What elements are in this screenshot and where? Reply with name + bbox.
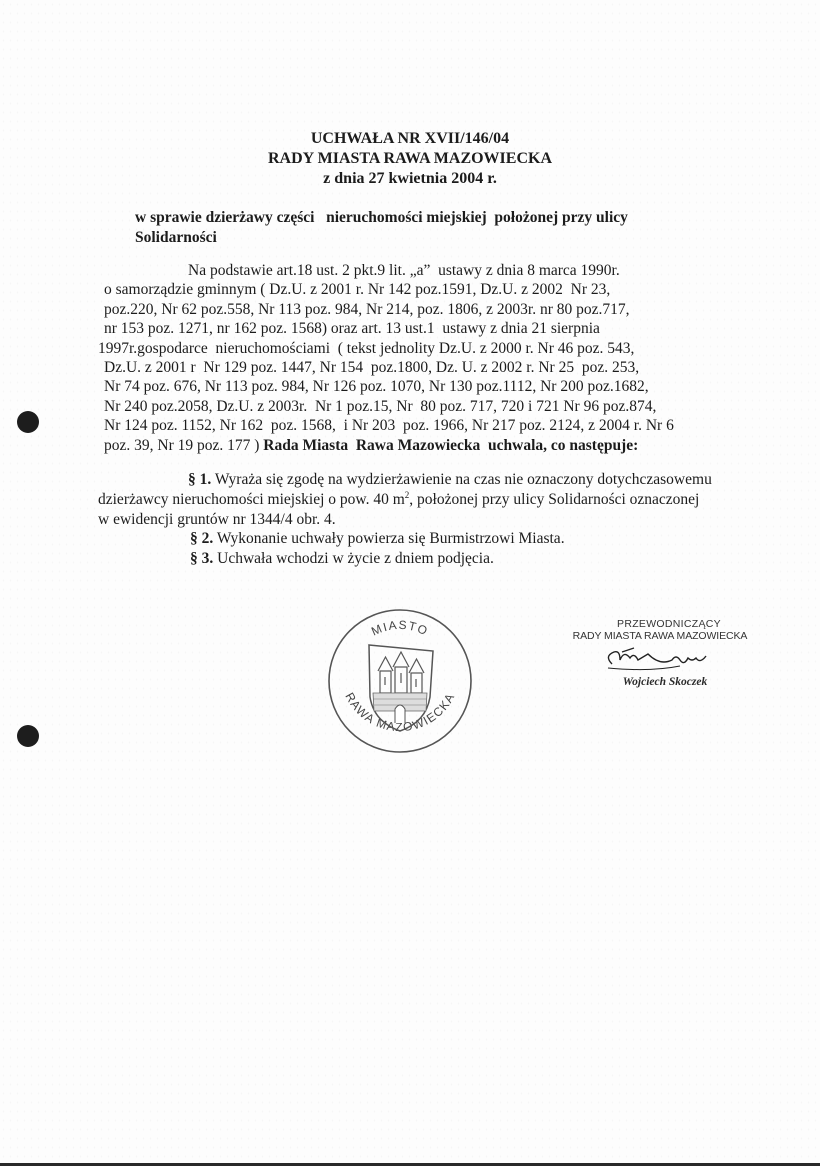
enacting-clause: Rada Miasta Rawa Mazowiecka uchwala, co …	[263, 437, 638, 454]
paragraph-2: § 2. Wykonanie uchwały powierza się Burm…	[98, 529, 798, 549]
punch-hole-lower	[17, 725, 39, 747]
preamble-line: Nr 74 poz. 676, Nr 113 poz. 984, Nr 126 …	[98, 377, 778, 396]
council-title: RADY MIASTA RAWA MAZOWIECKA	[560, 630, 760, 642]
subject-line-1: w sprawie dzierżawy części nieruchomości…	[135, 208, 695, 228]
signature-icon	[560, 642, 760, 676]
paragraph-mark: § 2.	[190, 530, 213, 547]
paragraph-3: § 3. Uchwała wchodzi w życie z dniem pod…	[98, 549, 798, 569]
council-name: RADY MIASTA RAWA MAZOWIECKA	[240, 149, 580, 169]
preamble-line: Dz.U. z 2001 r Nr 129 poz. 1447, Nr 154 …	[98, 358, 778, 377]
paragraph-text: Wykonanie uchwały powierza się Burmistrz…	[213, 530, 564, 547]
paragraph-1-line-1: § 1. Wyraża się zgodę na wydzierżawienie…	[98, 470, 798, 490]
preamble-line: 1997r.gospodarce nieruchomościami ( teks…	[98, 339, 778, 358]
punch-hole-upper	[17, 411, 39, 433]
signature-block: PRZEWODNICZĄCY RADY MIASTA RAWA MAZOWIEC…	[560, 618, 760, 688]
paragraph-mark: § 3.	[190, 550, 213, 567]
preamble-line: nr 153 poz. 1271, nr 162 poz. 1568) oraz…	[98, 319, 778, 338]
paragraph-mark: § 1.	[188, 471, 211, 488]
preamble-line: Nr 240 poz.2058, Dz.U. z 2003r. Nr 1 poz…	[98, 397, 778, 416]
handwritten-signature	[560, 642, 760, 676]
seal-icon: MIASTO RAWA MAZOWIECKA	[326, 607, 474, 755]
paragraph-text: , położonej przy ulicy Solidarności ozna…	[409, 491, 699, 508]
paragraph-1-line-2: dzierżawcy nieruchomości miejskiej o pow…	[98, 490, 798, 510]
resolution-number: UCHWAŁA NR XVII/146/04	[240, 129, 580, 149]
preamble-line: o samorządzie gminnym ( Dz.U. z 2001 r. …	[98, 280, 778, 299]
preamble-last-line: poz. 39, Nr 19 poz. 177 ) Rada Miasta Ra…	[98, 436, 778, 455]
preamble-line: poz.220, Nr 62 poz.558, Nr 113 poz. 984,…	[98, 300, 778, 319]
city-seal-stamp: MIASTO RAWA MAZOWIECKA	[326, 607, 474, 755]
preamble-line: Nr 124 poz. 1152, Nr 162 poz. 1568, i Nr…	[98, 416, 778, 435]
preamble-line: poz. 39, Nr 19 poz. 177 )	[104, 437, 263, 454]
svg-text:MIASTO: MIASTO	[369, 618, 431, 639]
paragraph-text: Wyraża się zgodę na wydzierżawienie na c…	[211, 471, 712, 488]
paragraph-1-line-3: w ewidencji gruntów nr 1344/4 obr. 4.	[98, 510, 798, 530]
paragraph-text: dzierżawcy nieruchomości miejskiej o pow…	[98, 491, 405, 508]
chairman-title: PRZEWODNICZĄCY	[560, 618, 760, 630]
subject-line-2: Solidarności	[135, 228, 695, 248]
paragraph-text: Uchwała wchodzi w życie z dniem podjęcia…	[213, 550, 494, 567]
document-page: UCHWAŁA NR XVII/146/04 RADY MIASTA RAWA …	[0, 0, 820, 1166]
preamble-line: Na podstawie art.18 ust. 2 pkt.9 lit. „a…	[98, 261, 778, 280]
resolution-header: UCHWAŁA NR XVII/146/04 RADY MIASTA RAWA …	[240, 129, 580, 189]
chairman-name: Wojciech Skoczek	[560, 676, 760, 688]
resolution-paragraphs: § 1. Wyraża się zgodę na wydzierżawienie…	[98, 470, 798, 569]
legal-basis-preamble: Na podstawie art.18 ust. 2 pkt.9 lit. „a…	[98, 261, 778, 455]
resolution-subject: w sprawie dzierżawy części nieruchomości…	[135, 208, 695, 248]
resolution-date: z dnia 27 kwietnia 2004 r.	[240, 169, 580, 189]
